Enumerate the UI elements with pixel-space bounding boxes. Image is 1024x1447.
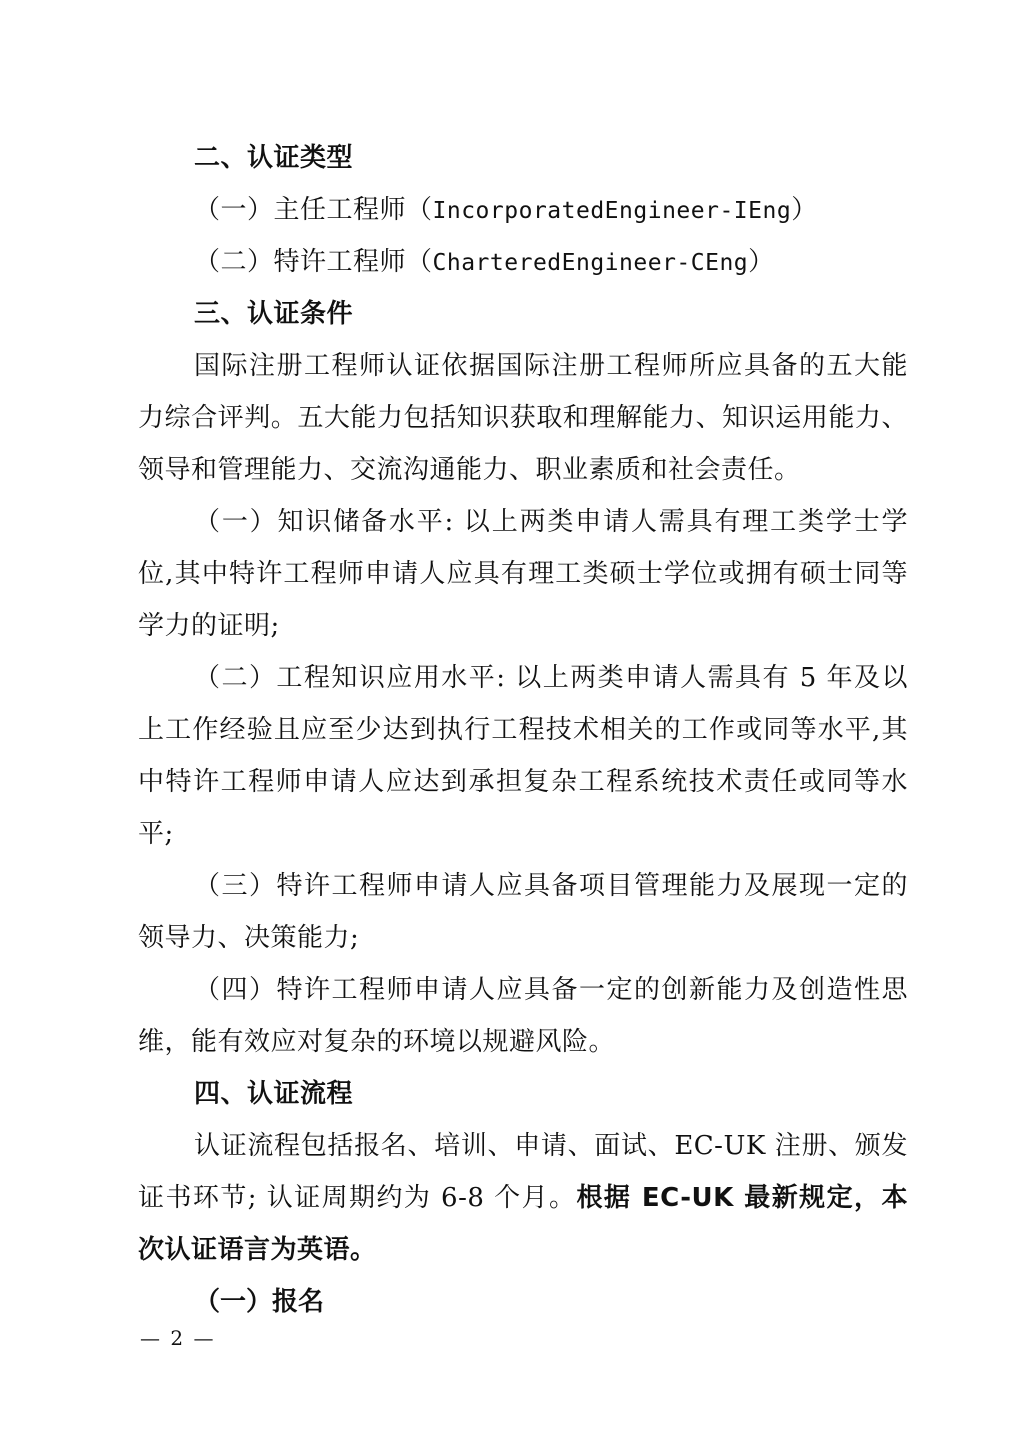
subheading-registration: （一）报名 [138,1276,908,1328]
section-heading-cert-types: 二、认证类型 [138,132,908,184]
cert-type-ieng: （一）主任工程师（IncorporatedEngineer-IEng） [138,184,908,236]
cert-type-english: CharteredEngineer-CEng [433,250,749,276]
condition-innovation: （四）特许工程师申请人应具备一定的创新能力及创造性思维，能有效应对复杂的环境以规… [138,964,908,1068]
cert-type-suffix: ） [791,195,818,225]
conditions-intro: 国际注册工程师认证依据国际注册工程师所应具备的五大能力综合评判。五大能力包括知识… [138,340,908,496]
cert-type-english: IncorporatedEngineer-IEng [433,198,792,224]
process-intro: 认证流程包括报名、培训、申请、面试、EC-UK 注册、颁发证书环节; 认证周期约… [138,1120,908,1276]
cert-type-ceng: （二）特许工程师（CharteredEngineer-CEng） [138,236,908,288]
page-number: — 2 — [140,1326,215,1350]
condition-leadership: （三）特许工程师申请人应具备项目管理能力及展现一定的领导力、决策能力; [138,860,908,964]
cert-type-prefix: （一）主任工程师（ [194,195,433,225]
cert-type-prefix: （二）特许工程师（ [194,247,433,277]
condition-application: （二）工程知识应用水平: 以上两类申请人需具有 5 年及以上工作经验且应至少达到… [138,652,908,860]
section-heading-cert-process: 四、认证流程 [138,1068,908,1120]
cert-type-suffix: ） [748,247,775,277]
document-page: 二、认证类型 （一）主任工程师（IncorporatedEngineer-IEn… [138,132,908,1328]
section-heading-cert-conditions: 三、认证条件 [138,288,908,340]
condition-knowledge: （一）知识储备水平: 以上两类申请人需具有理工类学士学位,其中特许工程师申请人应… [138,496,908,652]
